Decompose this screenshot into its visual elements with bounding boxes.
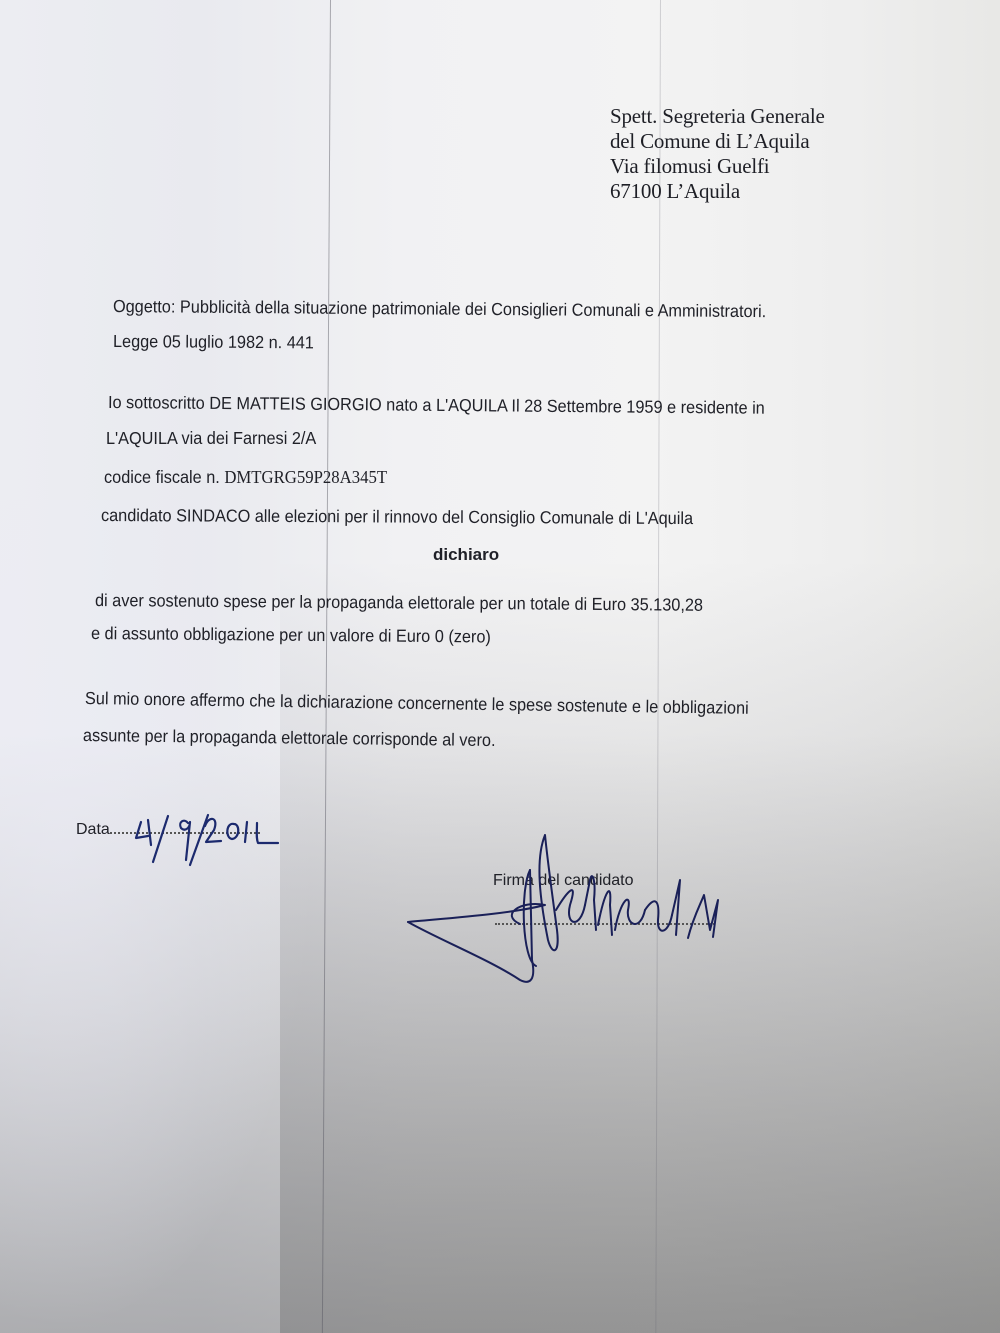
hand-shadow: [280, 560, 1000, 1333]
signature-label: Firma del candidato: [493, 872, 634, 890]
fiscal-code-line: codice fiscale n. DMTGRG59P28A345T: [104, 467, 387, 488]
subject-text: Pubblicità della situazione patrimoniale…: [180, 297, 766, 322]
declarant-line-2: L'AQUILA via dei Farnesi 2/A: [106, 428, 316, 449]
date-field: Data: [76, 821, 260, 839]
recipient-line: del Comune di L’Aquila: [610, 129, 825, 154]
date-label: Data: [76, 821, 110, 838]
date-dotted-line: [110, 830, 260, 834]
candidacy-line: candidato SINDACO alle elezioni per il r…: [101, 505, 693, 529]
subject-label: Oggetto:: [113, 296, 176, 316]
recipient-address: Spett. Segreteria Generale del Comune di…: [610, 104, 825, 204]
declaration-heading: dichiaro: [433, 545, 499, 565]
obligations-line: e di assunto obbligazione per un valore …: [91, 623, 491, 647]
fiscal-code-value: DMTGRG59P28A345T: [224, 467, 387, 487]
subject-law: Legge 05 luglio 1982 n. 441: [113, 331, 314, 353]
fiscal-code-label: codice fiscale n.: [104, 467, 220, 487]
recipient-line: 67100 L’Aquila: [610, 179, 825, 204]
signature-dotted-line: [495, 921, 715, 925]
recipient-line: Via filomusi Guelfi: [610, 154, 825, 179]
recipient-line: Spett. Segreteria Generale: [610, 104, 825, 129]
